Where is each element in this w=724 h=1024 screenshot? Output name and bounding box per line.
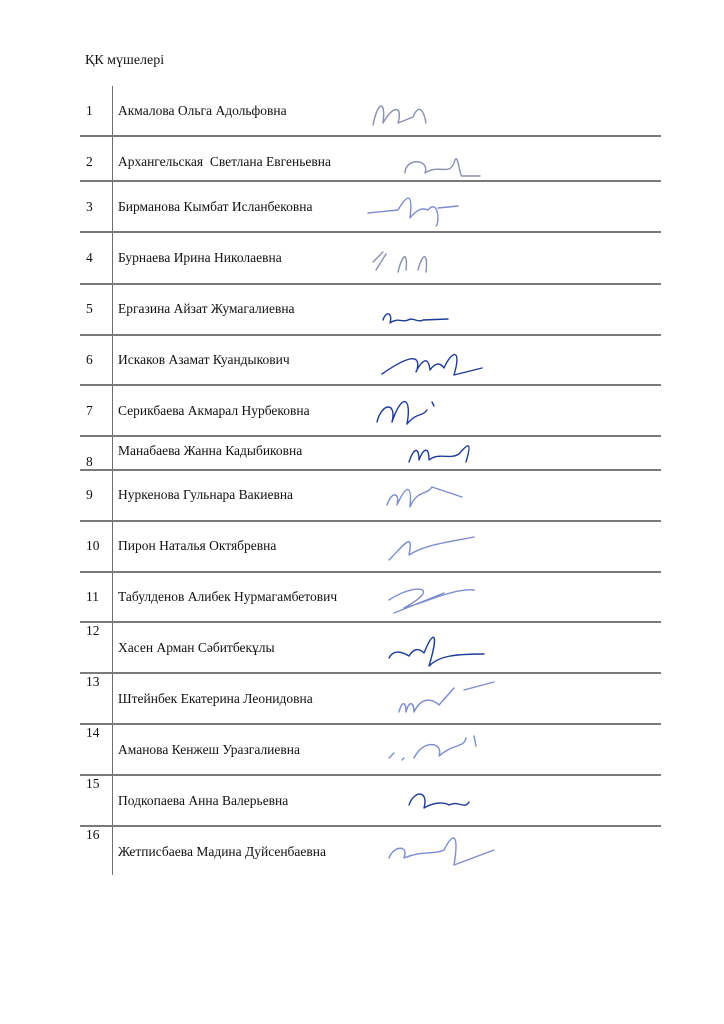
row-divider (80, 334, 661, 336)
row-number: 11 (86, 589, 99, 605)
row-number: 2 (86, 154, 93, 170)
row-divider (80, 723, 661, 725)
signature-image (384, 628, 524, 668)
signature-image (400, 148, 540, 188)
signature-image (404, 432, 544, 472)
row-number: 7 (86, 403, 93, 419)
row-divider (80, 825, 661, 827)
signature-image (368, 242, 508, 282)
row-number: 13 (86, 674, 100, 690)
row-divider (80, 180, 661, 182)
signature-image (394, 680, 534, 720)
member-name: Акмалова Ольга Адольфовна (118, 103, 287, 119)
member-name: Серикбаева Акмарал Нурбековна (118, 403, 310, 419)
member-name: Нуркенова Гульнара Вакиевна (118, 487, 293, 503)
signature-image (382, 340, 522, 380)
row-number: 4 (86, 250, 93, 266)
signature-image (372, 392, 512, 432)
row-divider (80, 435, 661, 437)
signature-image (368, 95, 508, 135)
row-number: 15 (86, 776, 100, 792)
member-name: Табулденов Алибек Нурмагамбетович (118, 589, 337, 605)
member-name: Штейнбек Екатерина Леонидовна (118, 691, 313, 707)
member-name: Жетписбаева Мадина Дуйсенбаевна (118, 844, 326, 860)
member-name: Пирон Наталья Октябревна (118, 538, 276, 554)
signature-image (384, 830, 524, 870)
row-divider (80, 672, 661, 674)
row-divider (80, 283, 661, 285)
document-title: ҚК мүшелері (85, 53, 164, 69)
signature-image (368, 188, 508, 228)
member-name: Подкопаева Анна Валерьевна (118, 793, 288, 809)
member-name: Хасен Арман Сәбитбекұлы (118, 640, 275, 656)
row-divider (80, 469, 661, 471)
row-divider (80, 774, 661, 776)
row-number: 8 (86, 454, 93, 470)
signature-image (382, 475, 522, 515)
member-name: Аманова Кенжеш Уразгалиевна (118, 742, 300, 758)
row-divider (80, 231, 661, 233)
signature-image (384, 578, 524, 618)
row-divider (80, 520, 661, 522)
member-name: Искаков Азамат Куандыкович (118, 352, 290, 368)
signature-image (384, 728, 524, 768)
row-divider (80, 135, 661, 137)
signature-image (404, 780, 544, 820)
row-number: 3 (86, 199, 93, 215)
member-name: Бурнаева Ирина Николаевна (118, 250, 282, 266)
row-divider (80, 571, 661, 573)
row-number: 5 (86, 301, 93, 317)
row-number: 10 (86, 538, 100, 554)
row-number: 14 (86, 725, 100, 741)
row-number: 9 (86, 487, 93, 503)
signature-image (378, 295, 518, 335)
row-number: 16 (86, 827, 100, 843)
member-name: Ергазина Айзат Жумагалиевна (118, 301, 295, 317)
member-name: Манабаева Жанна Кадыбиковна (118, 443, 302, 459)
signature-image (384, 525, 524, 565)
member-name: Бирманова Кымбат Исланбековна (118, 199, 313, 215)
row-divider (80, 621, 661, 623)
row-divider (80, 384, 661, 386)
row-number: 1 (86, 103, 93, 119)
row-number: 12 (86, 623, 100, 639)
row-number: 6 (86, 352, 93, 368)
member-name: Архангельская Светлана Евгеньевна (118, 154, 331, 170)
column-divider (112, 86, 113, 875)
